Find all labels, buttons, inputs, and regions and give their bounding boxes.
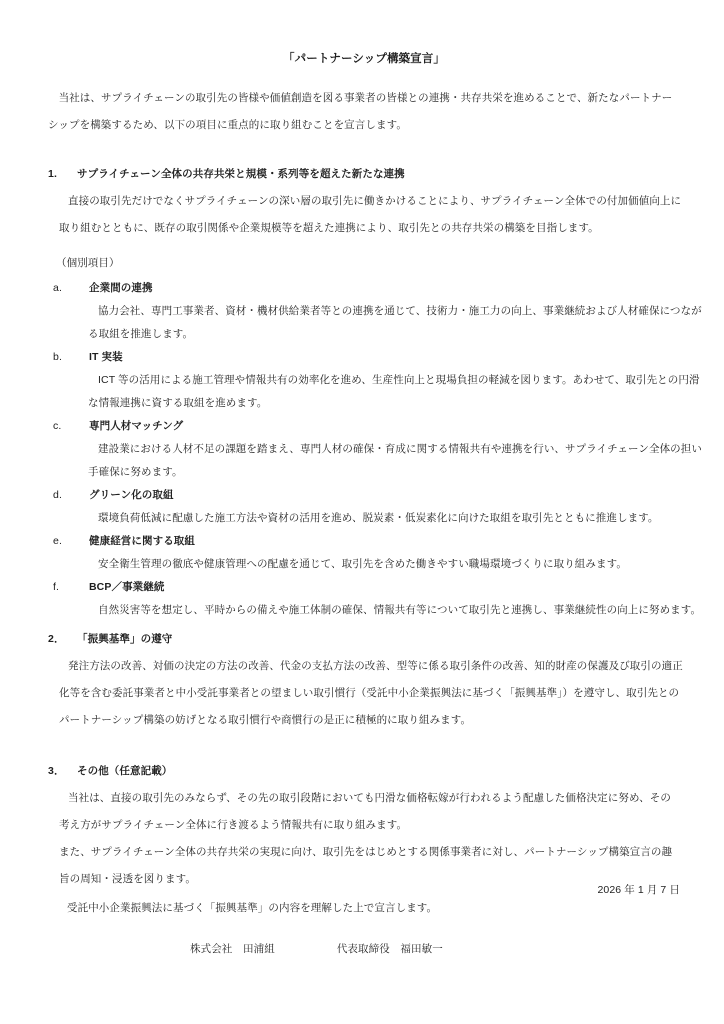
subitem-c: c.専門人材マッチング 建設業における人材不足の課題を踏まえ、専門人材の確保・育…: [48, 415, 680, 484]
section-heading: その他（任意記載）: [77, 765, 172, 777]
subitem-heading: 専門人材マッチング: [89, 420, 183, 432]
subitem-letter: f.: [53, 576, 89, 599]
subitem-heading: BCP／事業継続: [89, 581, 164, 593]
section-heading: 「振興基準」の遵守: [77, 633, 172, 645]
subitem-heading: 企業間の連携: [89, 282, 153, 294]
section-1-heading-row: 1.サプライチェーン全体の共存共栄と規模・系列等を超えた新たな連携: [48, 161, 680, 188]
subitem-body-line: 環境負荷低減に配慮した施工方法や資材の活用を進め、脱炭素・低炭素化に向けた取組を…: [48, 507, 680, 530]
section-number: 2．: [48, 626, 77, 653]
section-body-line: また、サプライチェーン全体の共存共栄の実現に向け、取引先をはじめとする関係事業者…: [48, 839, 680, 866]
subitem-heading: グリーン化の取組: [89, 489, 174, 501]
subitem-body-line: 安全衛生管理の徹底や健康管理への配慮を通じて、取引先を含めた働きやすい職場環境づ…: [48, 553, 680, 576]
subitem-heading-row: e.健康経営に関する取組: [48, 530, 680, 553]
section-heading: サプライチェーン全体の共存共栄と規模・系列等を超えた新たな連携: [77, 168, 405, 180]
subitem-body-line: 自然災害等を想定し、平時からの備えや施工体制の確保、情報共有等について取引先と連…: [48, 599, 680, 622]
subitem-heading-row: d.グリーン化の取組: [48, 484, 680, 507]
company-name: 株式会社 田浦組: [190, 943, 275, 955]
subitem-heading: IT 実装: [89, 351, 123, 363]
section-number: 1.: [48, 161, 77, 188]
section-body-line: 化等を含む委託事業者と中小受託事業者との望ましい取引慣行（受託中小企業振興法に基…: [48, 680, 680, 707]
section-3-heading-row: 3．その他（任意記載）: [48, 758, 680, 785]
section-number: 3．: [48, 758, 77, 785]
individual-items-label: （個別項目）: [48, 250, 680, 277]
signature-row: 株式会社 田浦組代表取締役 福田敏一: [48, 936, 680, 963]
section-2: 2．「振興基準」の遵守 発注方法の改善、対価の決定の方法の改善、代金の支払方法の…: [48, 626, 680, 734]
subitem-body-line: ICT 等の活用による施工管理や情報共有の効率化を進め、生産性向上と現場負担の軽…: [48, 369, 680, 392]
closing-statement: 受託中小企業振興法に基づく「振興基準」の内容を理解した上で宣言します。: [48, 895, 680, 922]
subitem-d: d.グリーン化の取組 環境負荷低減に配慮した施工方法や資材の活用を進め、脱炭素・…: [48, 484, 680, 530]
subitem-heading-row: f.BCP／事業継続: [48, 576, 680, 599]
subitem-letter: c.: [53, 415, 89, 438]
subitem-e: e.健康経営に関する取組 安全衛生管理の徹底や健康管理への配慮を通じて、取引先を…: [48, 530, 680, 576]
subitem-a: a.企業間の連携 協力会社、専門工事業者、資材・機材供給業者等との連携を通じて、…: [48, 277, 680, 346]
subitem-letter: b.: [53, 346, 89, 369]
intro-line: 当社は、サプライチェーンの取引先の皆様や価値創造を図る事業者の皆様との連携・共存…: [48, 85, 680, 112]
section-body-line: 取り組むとともに、既存の取引関係や企業規模等を超えた連携により、取引先との共存共…: [48, 215, 680, 242]
subitem-b: b.IT 実装 ICT 等の活用による施工管理や情報共有の効率化を進め、生産性向…: [48, 346, 680, 415]
section-3: 3．その他（任意記載） 当社は、直接の取引先のみならず、その先の取引段階において…: [48, 758, 680, 893]
subitem-heading-row: c.専門人材マッチング: [48, 415, 680, 438]
subitem-letter: d.: [53, 484, 89, 507]
subitem-f: f.BCP／事業継続 自然災害等を想定し、平時からの備えや施工体制の確保、情報共…: [48, 576, 680, 622]
representative-name: 代表取締役 福田敏一: [337, 943, 443, 955]
section-body-line: 発注方法の改善、対価の決定の方法の改善、代金の支払方法の改善、型等に係る取引条件…: [48, 653, 680, 680]
section-body-line: 当社は、直接の取引先のみならず、その先の取引段階においても円滑な価格転嫁が行われ…: [48, 785, 680, 812]
subitem-body-line: る取組を推進します。: [48, 323, 680, 346]
subitem-body-line: 協力会社、専門工事業者、資材・機材供給業者等との連携を通じて、技術力・施工力の向…: [48, 300, 680, 323]
intro-paragraph: 当社は、サプライチェーンの取引先の皆様や価値創造を図る事業者の皆様との連携・共存…: [48, 85, 680, 139]
subitem-body-line: な情報連携に資する取組を進めます。: [48, 392, 680, 415]
subitem-body-line: 建設業における人材不足の課題を踏まえ、専門人材の確保・育成に関する情報共有や連携…: [48, 438, 680, 461]
subitem-heading-row: b.IT 実装: [48, 346, 680, 369]
subitem-letter: e.: [53, 530, 89, 553]
subitem-body-line: 手確保に努めます。: [48, 461, 680, 484]
section-1: 1.サプライチェーン全体の共存共栄と規模・系列等を超えた新たな連携 直接の取引先…: [48, 161, 680, 242]
section-body-line: 直接の取引先だけでなくサプライチェーンの深い層の取引先に働きかけることにより、サ…: [48, 188, 680, 215]
document-page: 「パートナーシップ構築宣言」 当社は、サプライチェーンの取引先の皆様や価値創造を…: [0, 0, 724, 1024]
subitem-letter: a.: [53, 277, 89, 300]
section-2-heading-row: 2．「振興基準」の遵守: [48, 626, 680, 653]
individual-items-list: a.企業間の連携 協力会社、専門工事業者、資材・機材供給業者等との連携を通じて、…: [48, 277, 680, 622]
section-body-line: 考え方がサプライチェーン全体に行き渡るよう情報共有に取り組みます。: [48, 812, 680, 839]
subitem-heading-row: a.企業間の連携: [48, 277, 680, 300]
subitem-heading: 健康経営に関する取組: [89, 535, 195, 547]
declaration-title: 「パートナーシップ構築宣言」: [48, 46, 680, 73]
intro-line: シップを構築するため、以下の項目に重点的に取り組むことを宣言します。: [48, 112, 680, 139]
section-body-line: パートナーシップ構築の妨げとなる取引慣行や商慣行の是正に積極的に取り組みます。: [48, 707, 680, 734]
